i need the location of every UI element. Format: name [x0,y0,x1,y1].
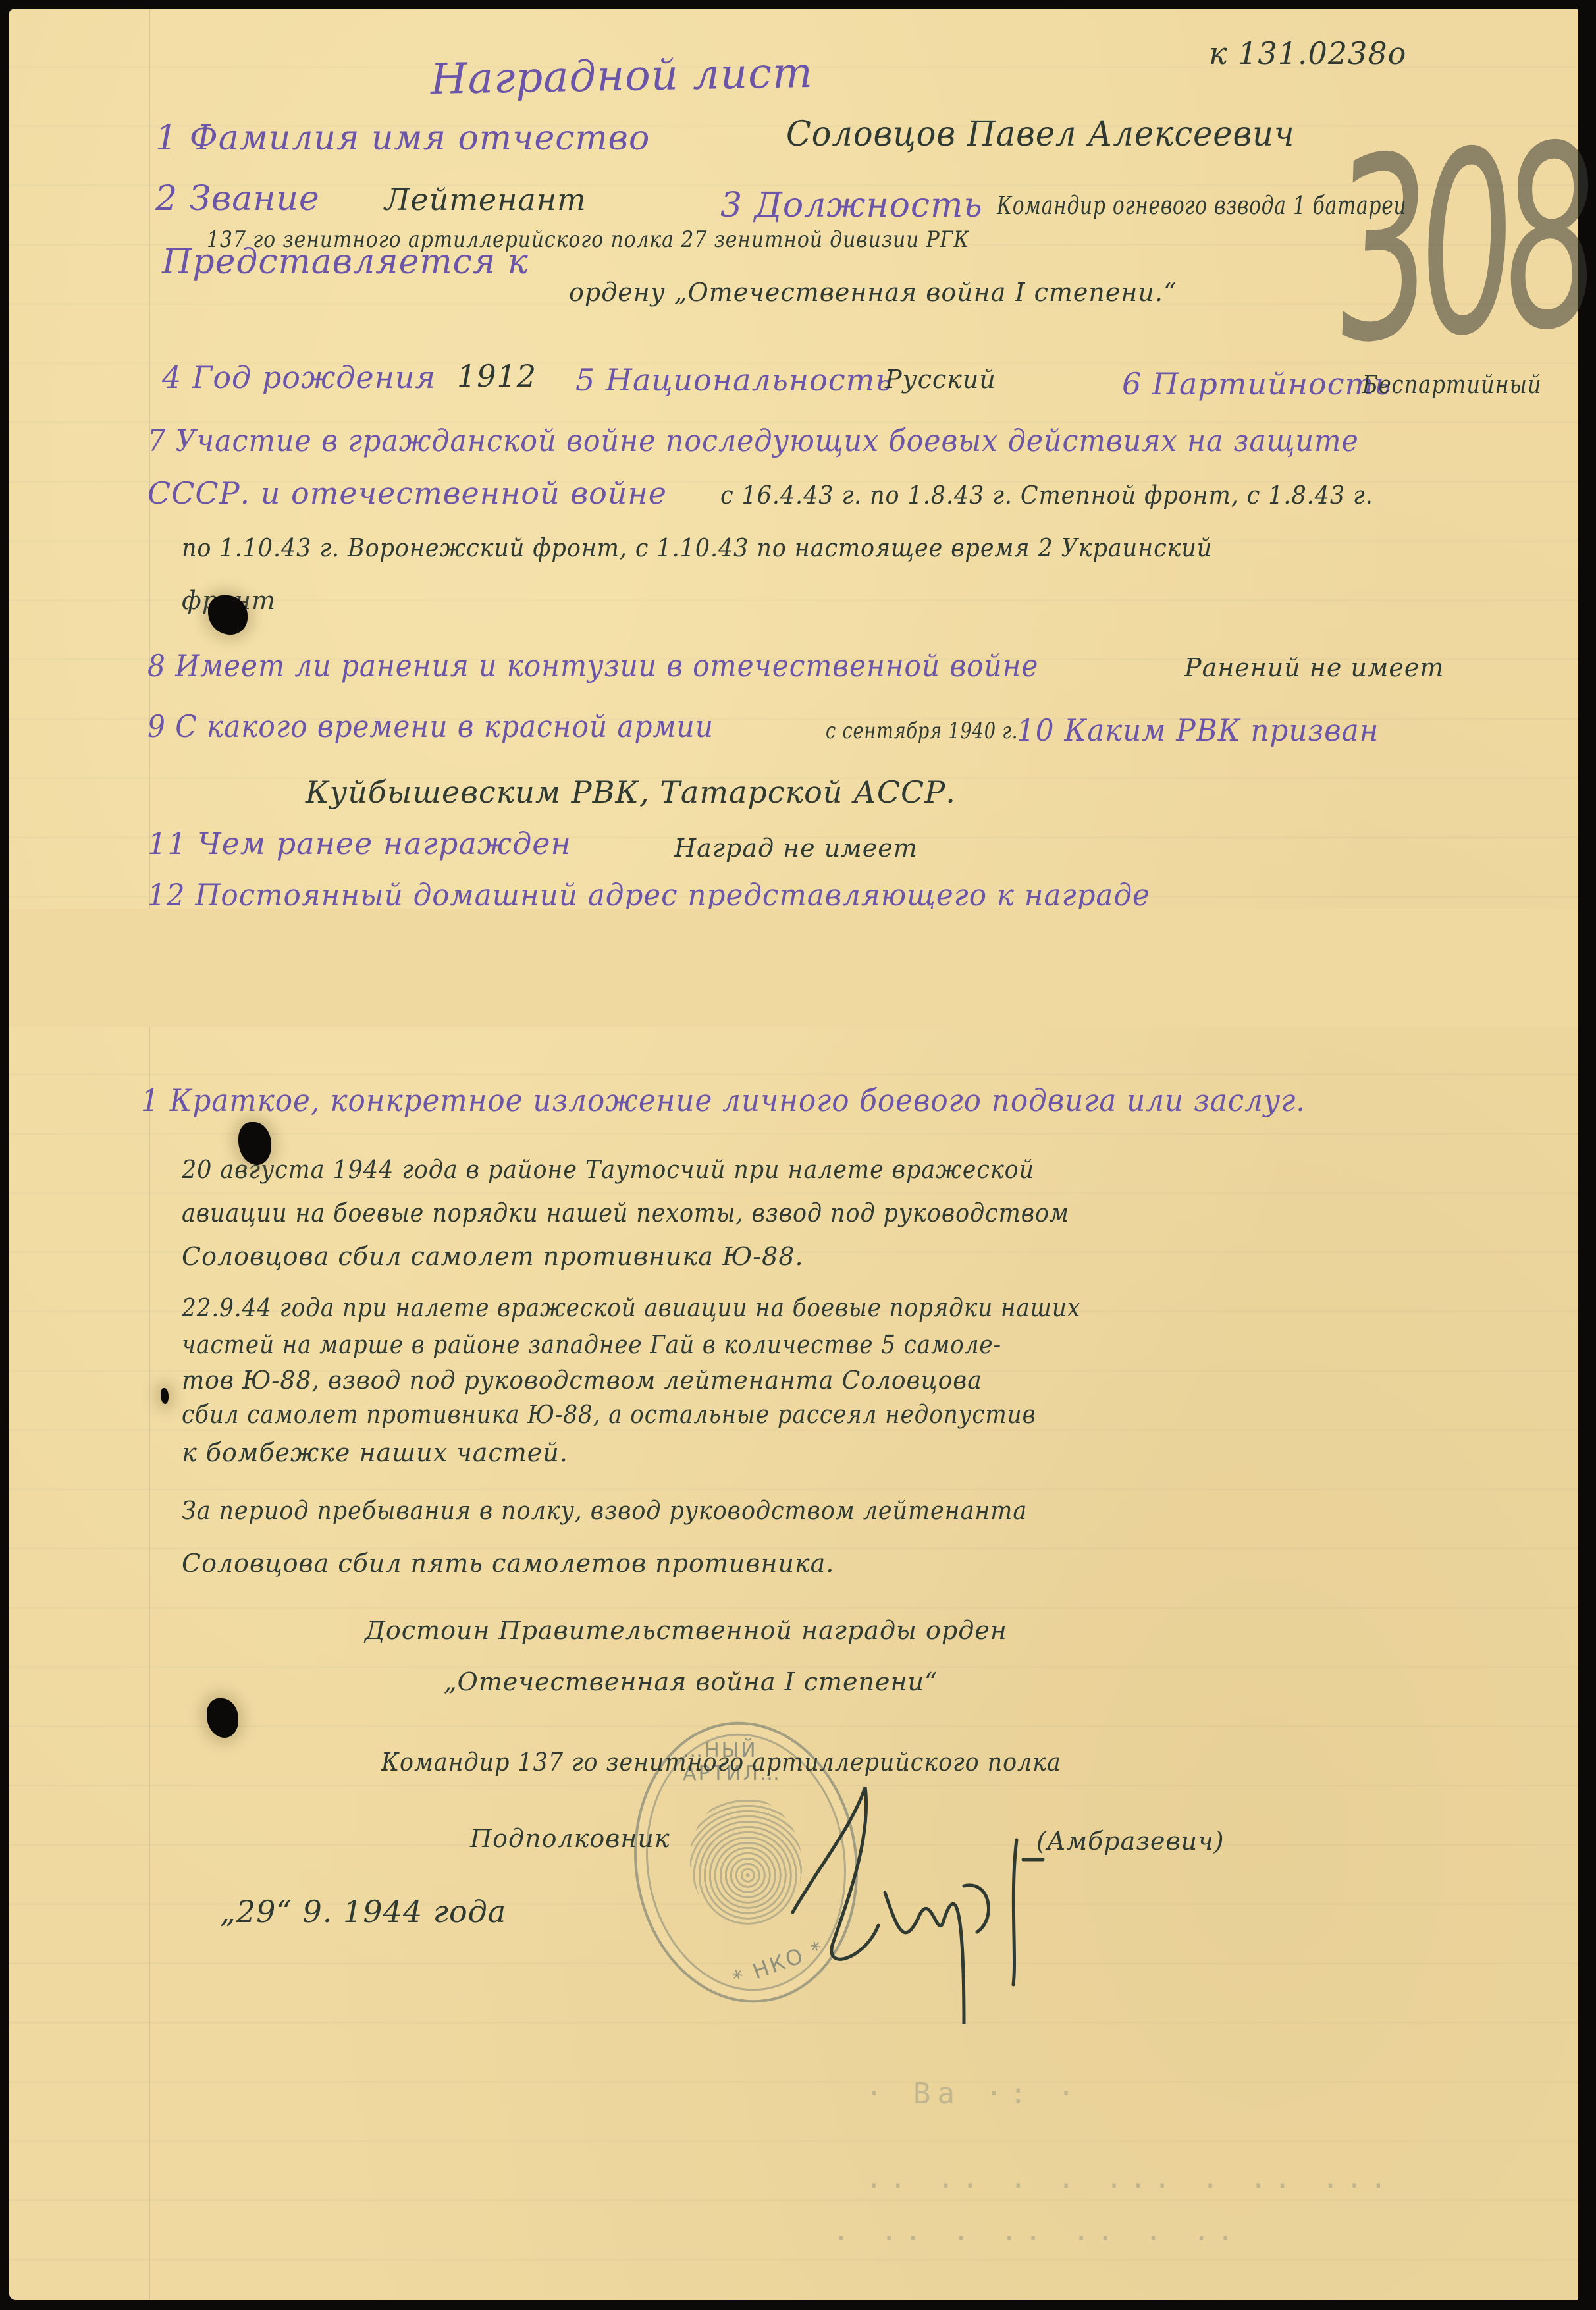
field-name-label: 1 Фамилия имя отчество [155,119,650,158]
field-nationality-value: Русский [885,365,996,394]
field-combat-participation-label: 7 Участие в гражданской войне последующи… [147,423,1359,458]
signatory-position: Командир 137 го зенитного артиллерийског… [381,1748,1061,1777]
presented-value: ордену „Отечественная война I степени.“ [569,278,1177,307]
field-position-label: 3 Должность [720,186,983,225]
field-birth-year-label: 4 Год рождения [162,360,436,395]
field-party-label: 6 Партийность [1122,366,1391,402]
punch-hole [207,1698,238,1738]
feat-line: Соловцова сбил пять самолетов противника… [182,1549,834,1578]
field-rvk-label: 10 Каким РВК призван [1017,712,1379,748]
bleed-through-text: ·· ·· · · ··· · ·· ··· [865,2169,1394,2203]
feat-line: 20 августа 1944 года в районе Таутосчий … [182,1155,1034,1184]
feat-line: Соловцова сбил самолет противника Ю-88. [182,1242,804,1271]
field-army-since-label: 9 С какого времени в красной армии [147,709,714,744]
punch-hole [208,595,248,635]
field-rank-value: Лейтенант [385,182,587,217]
signatory-rank: Подполковник [470,1824,670,1853]
feat-line: к бомбежке наших частей. [182,1438,568,1467]
field-wounds-value: Ранений не имеет [1184,653,1444,682]
feat-conclusion-2: „Отечественная война I степени“ [444,1667,938,1696]
field-prior-awards-value: Наград не имеет [674,834,918,863]
feat-line: тов Ю-88, взвод под руководством лейтена… [182,1366,982,1395]
redacted-address-block [9,909,1578,1027]
feat-line: авиации на боевые порядки нашей пехоты, … [182,1198,1069,1227]
field-combat-participation-label-cont: СССР. и отечественной войне [147,475,667,511]
archive-number: к 131.0238о [1209,36,1406,71]
feat-label: 1 Краткое, конкретное изложение личного … [141,1083,1306,1118]
presented-label: Представляется к [162,242,529,282]
field-rank-label: 2 Звание [155,179,320,219]
field-nationality-label: 5 Национальность [575,362,892,398]
field-position-value: Командир огневого взвода 1 батареи [997,191,1406,220]
field-wounds-label: 8 Имеет ли ранения и контузии в отечеств… [147,648,1038,684]
feat-line: частей на марше в районе западнее Гай в … [182,1330,1001,1359]
field-party-value: Беспартийный [1362,370,1542,399]
sheet-number: 308 [1326,90,1596,399]
feat-line: 22.9.44 года при налете вражеской авиаци… [182,1293,1080,1322]
feat-line: сбил самолет противника Ю-88, а остальны… [182,1400,1036,1429]
feat-conclusion-1: Достоин Правительственной награды орден [365,1616,1007,1645]
field-name-value: Соловцов Павел Алексеевич [786,115,1295,154]
field-prior-awards-label: 11 Чем ранее награжден [147,826,572,861]
document-title: Наградной лист [430,49,813,104]
signature-mark [766,1787,1109,2024]
bleed-through-text: · ·· · ·· ·· · ·· [832,2222,1240,2255]
punch-hole [161,1388,169,1404]
bleed-through-text: · Ba ·: · [865,2077,1081,2110]
award-sheet-page: к 131.0238о Наградной лист 308 1 Фамилия… [9,9,1578,2300]
field-home-address-label: 12 Постоянный домашний адрес представляю… [147,877,1150,913]
field-combat-participation-value-1: с 16.4.43 г. по 1.8.43 г. Степной фронт,… [720,481,1373,510]
field-combat-participation-value-2: по 1.10.43 г. Воронежский фронт, с 1.10.… [182,533,1212,562]
signature-date: „29“ 9. 1944 года [220,1894,506,1929]
field-birth-year-value: 1912 [457,358,537,394]
margin-line [149,9,150,2300]
feat-line: За период пребывания в полку, взвод руко… [182,1496,1027,1525]
field-army-since-value: с сентября 1940 г. [826,718,1018,744]
field-rvk-value: Куйбышевским РВК, Татарской АССР. [306,774,956,810]
